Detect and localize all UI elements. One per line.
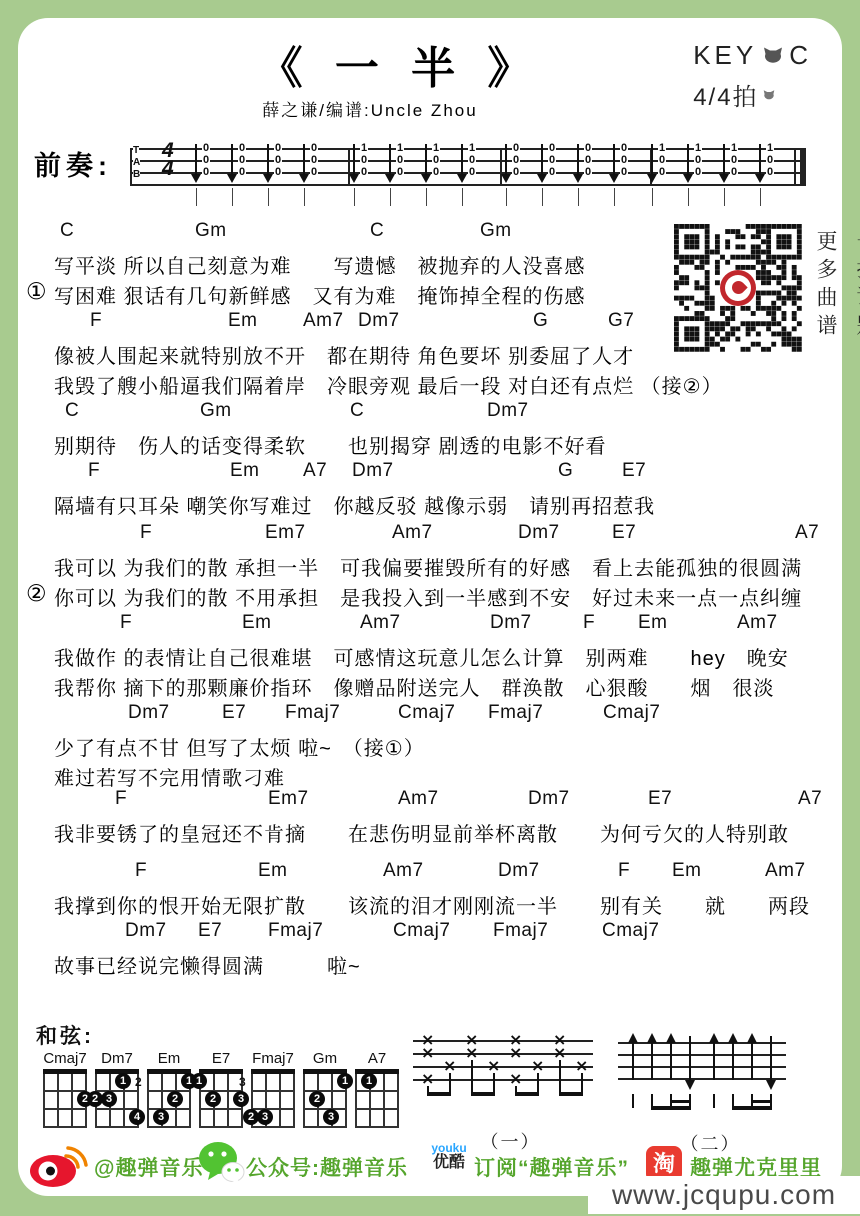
fret-line	[355, 1126, 399, 1128]
fretboard-grid: 323	[251, 1072, 293, 1126]
chord-label: F	[583, 612, 595, 634]
sheet-card: 《 一 半 》 薛之谦/编谱:Uncle Zhou KEY C 4/4拍 前奏:…	[18, 18, 842, 1196]
fret-line	[251, 1090, 295, 1092]
up-arrow-line	[713, 1038, 715, 1080]
lyric-line: 隔墙有只耳朵 嘲笑你写难过 你越反驳 越像示弱 请别再招惹我	[54, 490, 655, 519]
tab-fret-number: 0	[730, 166, 738, 178]
tab-fret-number: 0	[202, 166, 210, 178]
song-title: 《 一 半 》	[18, 32, 782, 96]
tab-fret-number: 1	[432, 142, 440, 154]
chord-label: Dm7	[128, 702, 170, 724]
tab-fret-number: 1	[468, 142, 476, 154]
staff-line	[618, 1042, 786, 1044]
beat-stem	[354, 188, 355, 206]
string-line	[355, 1072, 357, 1127]
website-chip: www.jcqupu.com	[588, 1176, 860, 1214]
fret-line	[95, 1126, 139, 1128]
tab-fret-number: 0	[584, 166, 592, 178]
tab-fret-number: 1	[730, 142, 738, 154]
chord-label: Dm7	[528, 788, 570, 810]
string-line	[147, 1072, 149, 1127]
up-arrowhead	[728, 1033, 738, 1043]
eighth-beam	[515, 1092, 539, 1096]
chord-label: Em	[258, 860, 288, 882]
tab-fret-number: 0	[310, 154, 318, 166]
fretboard-grid: 2123	[147, 1072, 189, 1126]
tab-fret-number: 0	[468, 166, 476, 178]
tab-fret-number: 1	[766, 142, 774, 154]
tab-fret-number: 1	[694, 142, 702, 154]
down-strum-arrow	[759, 144, 761, 178]
chord-label: C	[60, 220, 74, 242]
string-line	[43, 1072, 45, 1127]
lyric-line: 我毁了艘小船逼我们隔着岸 冷眼旁观 最后一段 对白还有点烂 （接②）	[54, 370, 723, 399]
tab-fret-number: 0	[238, 166, 246, 178]
finger-dot: 3	[323, 1109, 339, 1125]
finger-dot: 3	[233, 1091, 249, 1107]
eighth-beam	[471, 1092, 495, 1096]
fret-line	[147, 1126, 191, 1128]
down-strum-arrow	[303, 144, 305, 178]
string-line	[397, 1072, 399, 1127]
start-fret-label: 2	[135, 1075, 142, 1089]
chord-label: A7	[303, 460, 327, 482]
beat-stem	[614, 188, 615, 206]
chord-label: Gm	[480, 220, 512, 242]
beat-stem	[542, 188, 543, 206]
tab-string-label: B	[133, 169, 140, 181]
lyric-line: 你可以 为我们的散 不用承担 是我投入到一半感到不安 好过未来一点一点纠缠	[54, 582, 802, 611]
chord-label: Am7	[392, 522, 433, 544]
lyric-line: 少了有点不甘 但写了太烦 啦~ （接①）	[54, 732, 425, 761]
finger-dot: 2	[205, 1091, 221, 1107]
lyric-line: 我撑到你的恨开始无限扩散 该流的泪才刚刚流一半 别有关 就 两段	[54, 890, 810, 919]
down-arrowhead	[766, 1080, 776, 1090]
staff-line	[618, 1066, 786, 1068]
down-arrowhead	[685, 1080, 695, 1090]
chord-label: C	[370, 220, 384, 242]
down-strum-arrow	[389, 144, 391, 178]
key-value: C	[789, 40, 812, 71]
intro-label: 前奏:	[34, 144, 112, 183]
mute-x-mark: ×	[465, 1045, 478, 1061]
youku-word: youku	[431, 1141, 466, 1155]
chord-label: F	[90, 310, 102, 332]
tab-fret-number: 0	[512, 142, 520, 154]
tab-fret-number: 0	[548, 142, 556, 154]
chord-diagram-name: A7	[352, 1050, 402, 1068]
up-arrowhead	[628, 1033, 638, 1043]
down-strum-arrowhead	[719, 174, 729, 183]
tab-fret-number: 0	[310, 142, 318, 154]
down-strum-arrowhead	[609, 174, 619, 183]
down-strum-arrow	[231, 144, 233, 178]
chord-label: A7	[798, 788, 822, 810]
string-line	[57, 1072, 59, 1127]
qr-center-logo	[720, 270, 756, 306]
up-arrow-line	[732, 1038, 734, 1080]
time-signature: 4/4拍	[693, 77, 758, 112]
tab-fret-number: 0	[766, 166, 774, 178]
eighth-beam	[559, 1092, 583, 1096]
chord-label: F	[140, 522, 152, 544]
fretboard-grid: 1234	[95, 1072, 137, 1126]
tab-fret-number: 0	[584, 154, 592, 166]
weibo-label: @趣弹音乐	[94, 1152, 203, 1182]
wechat-label: 公众号:趣弹音乐	[246, 1152, 408, 1182]
chord-label: F	[120, 612, 132, 634]
chord-label: Fmaj7	[488, 702, 543, 724]
chord-label: Am7	[398, 788, 439, 810]
down-strum-arrowhead	[263, 174, 273, 183]
beat-stem	[462, 188, 463, 206]
chord-label: F	[135, 860, 147, 882]
down-arrow-line	[770, 1036, 772, 1082]
fretboard-grid: 2	[43, 1072, 85, 1126]
eighth-beam	[732, 1106, 772, 1110]
tab-fret-number: 0	[512, 166, 520, 178]
finger-dot: 2	[309, 1091, 325, 1107]
beat-stem	[426, 188, 427, 206]
mute-x-mark: ×	[487, 1058, 500, 1074]
fret-line	[43, 1108, 87, 1110]
qr-side-text-left: 更多曲谱	[810, 230, 840, 342]
nut	[251, 1069, 295, 1074]
tab-fret-number: 0	[512, 154, 520, 166]
barline	[794, 148, 796, 186]
beat-stem	[304, 188, 305, 206]
down-strum-arrowhead	[647, 174, 657, 183]
chord-diagram-name: Fmaj7	[248, 1050, 298, 1068]
cat-icon-small	[763, 90, 775, 100]
down-strum-arrowhead	[421, 174, 431, 183]
mute-x-mark: ×	[421, 1045, 434, 1061]
down-strum-arrow	[353, 144, 355, 178]
chord-label: Gm	[200, 400, 232, 422]
chord-diagram: Gm123	[300, 1050, 350, 1126]
chord-label: G	[533, 310, 548, 332]
tab-fret-number: 1	[658, 142, 666, 154]
up-arrow-line	[670, 1038, 672, 1080]
nut	[199, 1069, 243, 1074]
song-credit: 薛之谦/编谱:Uncle Zhou	[18, 96, 722, 121]
finger-dot: 3	[257, 1109, 273, 1125]
down-strum-arrowhead	[683, 174, 693, 183]
finger-dot: 1	[361, 1073, 377, 1089]
down-strum-arrow	[687, 144, 689, 178]
staff-line	[618, 1078, 786, 1080]
chord-label: Am7	[737, 612, 778, 634]
tab-fret-number: 0	[620, 142, 628, 154]
string-line	[293, 1072, 295, 1127]
tab-string-label: T	[133, 145, 139, 157]
note-stem	[449, 1073, 451, 1092]
chord-label: Dm7	[487, 400, 529, 422]
chord-label: F	[88, 460, 100, 482]
down-strum-arrow	[461, 144, 463, 178]
chord-label: Em	[242, 612, 272, 634]
string-line	[71, 1072, 73, 1127]
tab-fret-number: 0	[310, 166, 318, 178]
chord-label: Dm7	[358, 310, 400, 332]
qr-side-text: 更多曲谱 长按识别	[810, 230, 860, 342]
chord-diagram-name: Cmaj7	[40, 1050, 90, 1068]
note-stem	[493, 1073, 495, 1092]
tab-fret-number: 1	[360, 142, 368, 154]
tab-fret-number: 0	[432, 166, 440, 178]
fret-line	[251, 1108, 295, 1110]
beat-stem	[760, 188, 761, 206]
mute-x-mark: ×	[531, 1058, 544, 1074]
chord-label: Em	[228, 310, 258, 332]
up-arrow-line	[651, 1038, 653, 1080]
chord-diagram: Fmaj7323	[248, 1050, 298, 1126]
fret-line	[355, 1108, 399, 1110]
time-sig-bottom: 4	[162, 159, 174, 179]
down-strum-arrowhead	[385, 174, 395, 183]
finger-dot: 2	[167, 1091, 183, 1107]
chord-diagram: Em2123	[144, 1050, 194, 1126]
down-arrow-line	[689, 1036, 691, 1082]
fret-line	[251, 1126, 295, 1128]
verse-marker: ①	[26, 278, 47, 305]
chord-label: Em7	[265, 522, 306, 544]
chord-label: Gm	[195, 220, 227, 242]
eighth-beam	[427, 1092, 451, 1096]
down-strum-arrowhead	[457, 174, 467, 183]
chord-label: Dm7	[490, 612, 532, 634]
tab-fret-number: 0	[730, 154, 738, 166]
down-strum-arrowhead	[573, 174, 583, 183]
lyric-line: 像被人围起来就特别放不开 都在期待 角色要坏 别委屈了人才	[54, 340, 634, 369]
fret-line	[199, 1126, 243, 1128]
finger-dot: 3	[153, 1109, 169, 1125]
chord-label: E7	[648, 788, 672, 810]
sixteenth-beam	[751, 1100, 772, 1103]
beat-stem	[196, 188, 197, 206]
chord-label: F	[618, 860, 630, 882]
tab-fret-number: 0	[360, 166, 368, 178]
down-strum-arrowhead	[227, 174, 237, 183]
weibo-icon	[28, 1140, 90, 1195]
tab-fret-number: 0	[202, 142, 210, 154]
chord-label: Cmaj7	[602, 920, 659, 942]
strum-pattern-1: （一） ××××××××××××××	[413, 1040, 608, 1140]
staff-line	[413, 1079, 593, 1081]
beat-stem	[652, 188, 653, 206]
down-strum-arrow	[577, 144, 579, 178]
chord-label: Am7	[383, 860, 424, 882]
mute-x-mark: ×	[443, 1058, 456, 1074]
lyric-line: 写平淡 所以自己刻意为难 写遗憾 被抛弃的人没喜感	[54, 250, 586, 279]
page: { "song": { "title": "《 一 半 》", "credit"…	[0, 0, 860, 1216]
string-line	[227, 1072, 229, 1127]
chord-label: Am7	[765, 860, 806, 882]
down-strum-arrowhead	[299, 174, 309, 183]
lyric-line: 故事已经说完懒得圆满 啦~	[54, 950, 361, 979]
chord-label: Cmaj7	[393, 920, 450, 942]
finger-dot: 4	[129, 1109, 145, 1125]
down-strum-arrowhead	[537, 174, 547, 183]
chord-label: Fmaj7	[493, 920, 548, 942]
chord-label: Cmaj7	[398, 702, 455, 724]
chord-label: Fmaj7	[285, 702, 340, 724]
fret-line	[303, 1090, 347, 1092]
fret-line	[95, 1090, 139, 1092]
chord-diagram-name: Gm	[300, 1050, 350, 1068]
chord-label: A7	[795, 522, 819, 544]
chord-label: E7	[622, 460, 646, 482]
start-fret-label: 3	[239, 1075, 246, 1089]
eighth-beam	[651, 1106, 691, 1110]
fret-line	[199, 1108, 243, 1110]
tab-fret-number: 0	[396, 166, 404, 178]
chord-diagram-name: Dm7	[92, 1050, 142, 1068]
tab-fret-number: 0	[620, 166, 628, 178]
mute-x-mark: ×	[575, 1058, 588, 1074]
chord-label: Dm7	[498, 860, 540, 882]
beat-stem	[390, 188, 391, 206]
note-stem	[471, 1060, 473, 1092]
beat-stem	[232, 188, 233, 206]
string-line	[279, 1072, 281, 1127]
chord-diagram-name: Em	[144, 1050, 194, 1068]
tab-string-label: A	[133, 157, 140, 169]
note-stem	[537, 1073, 539, 1092]
down-strum-arrow	[613, 144, 615, 178]
string-line	[383, 1072, 385, 1127]
finger-dot: 1	[337, 1073, 353, 1089]
rhythm-stem	[713, 1094, 715, 1108]
beat-stem	[688, 188, 689, 206]
lyric-line: 我可以 为我们的散 承担一半 可我偏要摧毁所有的好感 看上去能孤独的很圆满	[54, 552, 802, 581]
chord-diagrams: Cmaj72Dm71234Em2123E7123Fmaj7323Gm123A71	[40, 1050, 440, 1150]
tab-fret-number: 0	[274, 154, 282, 166]
sixteenth-beam	[670, 1100, 691, 1103]
up-arrow-line	[751, 1038, 753, 1080]
end-barline	[800, 148, 806, 186]
down-strum-arrow	[505, 144, 507, 178]
chord-diagram-name: E7	[196, 1050, 246, 1068]
tab-fret-number: 0	[584, 142, 592, 154]
chord-label: E7	[222, 702, 246, 724]
chord-label: E7	[612, 522, 636, 544]
chord-label: G7	[608, 310, 634, 332]
mute-x-mark: ×	[553, 1045, 566, 1061]
tab-fret-number: 0	[658, 154, 666, 166]
fret-line	[303, 1126, 347, 1128]
fretboard-grid: 123	[199, 1072, 241, 1126]
chord-diagram: Cmaj72	[40, 1050, 90, 1126]
tab-fret-number: 0	[766, 154, 774, 166]
chord-label: Em	[230, 460, 260, 482]
chord-label: Em7	[268, 788, 309, 810]
up-arrowhead	[747, 1033, 757, 1043]
chord-diagram: A71	[352, 1050, 402, 1126]
tab-fret-number: 0	[694, 154, 702, 166]
beat-stem	[578, 188, 579, 206]
qr-code	[674, 224, 802, 352]
intro-tab-staff: TAB4400000000000010010010010000000000000…	[130, 148, 810, 208]
lyric-line: 我帮你 摘下的那颗廉价指环 像赠品附送完人 群涣散 心狠酸 烟 很淡	[54, 672, 775, 701]
note-stem	[559, 1060, 561, 1092]
lyric-line: 难过若写不完用情歌刁难	[54, 762, 285, 791]
tab-fret-number: 0	[202, 154, 210, 166]
beat-stem	[268, 188, 269, 206]
fret-line	[147, 1090, 191, 1092]
nut	[355, 1069, 399, 1074]
nut	[43, 1069, 87, 1074]
down-strum-arrowhead	[501, 174, 511, 183]
down-strum-arrow	[651, 144, 653, 178]
chord-label: Dm7	[352, 460, 394, 482]
lyric-line: 我非要锈了的皇冠还不肯摘 在悲伤明显前举杯离散 为何亏欠的人特别敢	[54, 818, 789, 847]
lyric-line: 我做作 的表情让自己很难堪 可感情这玩意儿怎么计算 别两难 hey 晚安	[54, 642, 789, 671]
down-strum-arrow	[541, 144, 543, 178]
string-line	[303, 1072, 305, 1127]
fretboard-grid: 1	[355, 1072, 397, 1126]
chord-label: Fmaj7	[268, 920, 323, 942]
down-strum-arrow	[195, 144, 197, 178]
finger-dot: 3	[101, 1091, 117, 1107]
fret-line	[43, 1126, 87, 1128]
chord-label: Cmaj7	[603, 702, 660, 724]
up-arrowhead	[666, 1033, 676, 1043]
chord-label: E7	[198, 920, 222, 942]
up-arrowhead	[647, 1033, 657, 1043]
tab-fret-number: 0	[274, 142, 282, 154]
chords-section-label: 和弦:	[36, 1020, 94, 1050]
tab-fret-number: 1	[396, 142, 404, 154]
key-label: KEY	[693, 40, 757, 71]
finger-dot: 1	[115, 1073, 131, 1089]
up-arrow-line	[632, 1038, 634, 1080]
chord-label: Dm7	[125, 920, 167, 942]
down-strum-arrow	[267, 144, 269, 178]
rhythm-stem	[632, 1094, 634, 1108]
down-strum-arrow	[723, 144, 725, 178]
chord-label: C	[65, 400, 79, 422]
tab-fret-number: 0	[238, 142, 246, 154]
tab-fret-number: 0	[360, 154, 368, 166]
fret-line	[147, 1108, 191, 1110]
staff-line	[130, 184, 806, 186]
beat-stem	[506, 188, 507, 206]
tab-fret-number: 0	[432, 154, 440, 166]
chord-label: G	[558, 460, 573, 482]
chord-label: C	[350, 400, 364, 422]
beat-stem	[724, 188, 725, 206]
tab-fret-number: 0	[274, 166, 282, 178]
staff-line	[413, 1066, 593, 1068]
up-arrowhead	[709, 1033, 719, 1043]
website-url: www.jcqupu.com	[612, 1179, 836, 1211]
mute-x-mark: ×	[509, 1045, 522, 1061]
fret-line	[303, 1108, 347, 1110]
barline	[130, 148, 132, 186]
down-strum-arrowhead	[349, 174, 359, 183]
tab-fret-number: 0	[396, 154, 404, 166]
mute-x-mark: ×	[509, 1071, 522, 1087]
wechat-icon	[198, 1140, 246, 1191]
chord-label: Em	[672, 860, 702, 882]
down-strum-arrowhead	[755, 174, 765, 183]
staff-line	[618, 1054, 786, 1056]
tab-fret-number: 0	[548, 154, 556, 166]
key-box: KEY C 4/4拍	[693, 40, 812, 112]
strum-pattern-2: （二）	[618, 1042, 803, 1142]
note-stem	[581, 1073, 583, 1092]
